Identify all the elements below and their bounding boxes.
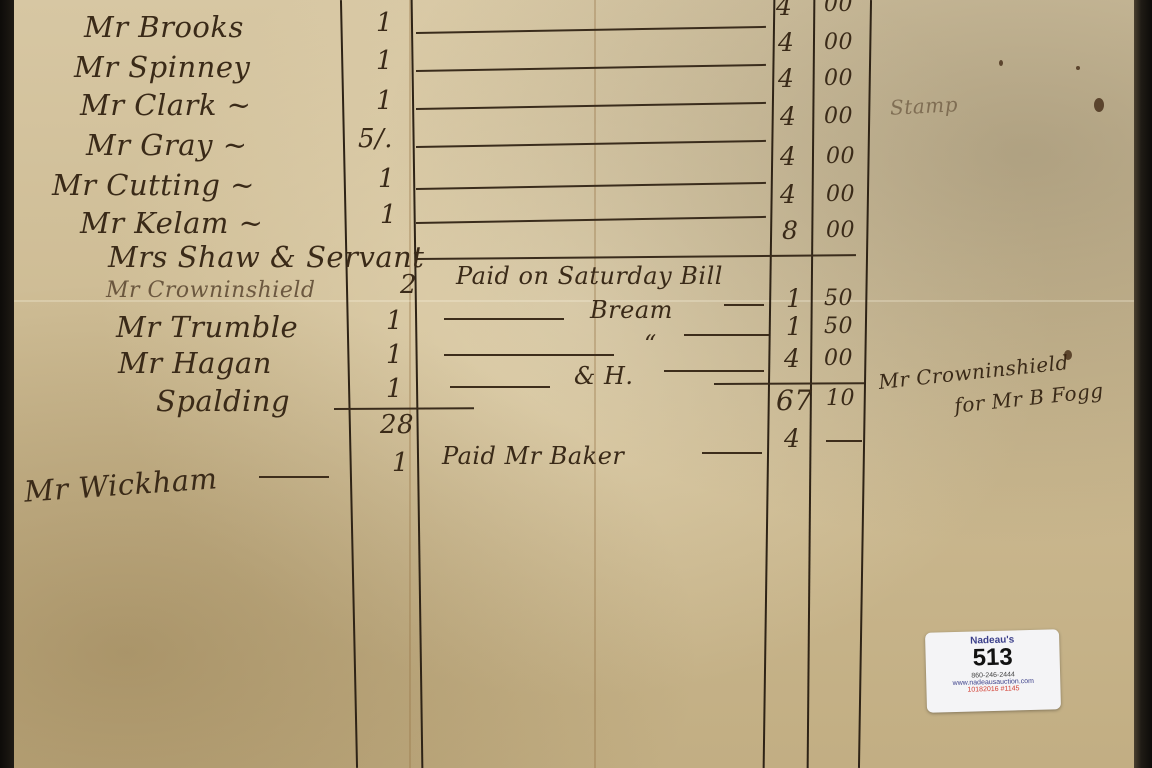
leader-dash xyxy=(724,304,764,306)
entry-name: Mr Kelam ~ xyxy=(80,206,263,240)
auction-lot-tag: Nadeau's 513 860-246-2444 www.nadeausauc… xyxy=(925,629,1061,712)
entry-dollars: 4 xyxy=(780,102,796,131)
entry-qty: 1 xyxy=(378,164,395,194)
leader-dash xyxy=(664,370,764,372)
entry-dollars: 4 xyxy=(784,344,800,373)
entry-name: Mr Cutting ~ xyxy=(52,168,255,202)
entry-name: Mrs Shaw & Servant xyxy=(108,240,424,274)
entry-cents-dash xyxy=(826,440,862,442)
entry-name: Mr Gray ~ xyxy=(86,128,248,162)
entry-cents: 00 xyxy=(824,104,853,129)
leader-dash xyxy=(684,334,769,336)
row-rule xyxy=(416,216,766,224)
entry-dollars: 4 xyxy=(780,180,796,209)
entry-qty: 5/. xyxy=(358,124,393,154)
entry-qty: 1 xyxy=(392,448,409,478)
ink-stain xyxy=(999,60,1003,66)
entry-note: Paid Mr Baker xyxy=(442,442,624,470)
entry-note: “ xyxy=(644,330,657,358)
column-rule-qty-right xyxy=(411,0,424,768)
entry-cents: 00 xyxy=(824,30,853,55)
entry-cents: 00 xyxy=(826,144,855,169)
entry-name: Mr Hagan xyxy=(118,346,272,380)
entry-cents: 00 xyxy=(824,346,853,371)
entry-cents: 00 xyxy=(826,218,855,243)
ink-stain xyxy=(1094,98,1104,112)
entry-name: Spalding xyxy=(156,384,290,418)
entry-dollars: 4 xyxy=(784,424,800,453)
entry-name: Mr Clark ~ xyxy=(80,88,251,122)
entry-qty: 1 xyxy=(386,340,403,370)
leader-dash xyxy=(444,354,614,356)
row-rule xyxy=(416,182,766,190)
entry-name: Mr Spinney xyxy=(74,50,250,84)
entry-qty: 1 xyxy=(386,374,403,404)
leader-dash xyxy=(702,452,762,454)
entry-dollars: 4 xyxy=(778,28,794,57)
entry-qty: 2 xyxy=(400,270,417,300)
entry-name: Mr Trumble xyxy=(116,310,298,344)
entry-cents: 50 xyxy=(824,314,853,339)
row-rule xyxy=(416,102,766,110)
entry-dollars: 8 xyxy=(782,216,798,245)
entry-qty: 1 xyxy=(386,306,403,336)
entry-dollars: 1 xyxy=(786,284,802,313)
leader-dash xyxy=(444,318,564,320)
leader-dash xyxy=(450,386,550,388)
entry-name: Mr Crowninshield xyxy=(106,278,315,303)
paper-fold-vertical xyxy=(409,0,411,768)
ledger-paper: Mr Brooks Mr Spinney Mr Clark ~ Mr Gray … xyxy=(14,0,1138,768)
leader-dash xyxy=(259,476,329,478)
margin-note-right-line2: for Mr B Fogg xyxy=(953,378,1104,418)
ink-stain xyxy=(1064,350,1072,360)
grand-total-cents: 10 xyxy=(826,386,855,411)
entry-cents: 00 xyxy=(824,0,853,17)
entry-name: Mr Wickham xyxy=(23,461,219,508)
entry-note: Bream xyxy=(590,296,673,324)
row-rule xyxy=(416,64,766,72)
row-rule xyxy=(416,140,766,148)
entry-note: & H. xyxy=(574,362,634,390)
entry-cents: 00 xyxy=(826,182,855,207)
entry-name: Mr Brooks xyxy=(84,10,244,44)
frame-right-edge xyxy=(1134,0,1152,768)
entry-note: Paid on Saturday Bill xyxy=(456,262,723,290)
lot-number: 513 xyxy=(925,644,1060,671)
column-rule-qty-left xyxy=(340,0,358,768)
entry-qty: 1 xyxy=(380,200,397,230)
entry-cents: 50 xyxy=(824,286,853,311)
entry-qty: 1 xyxy=(376,86,393,116)
entry-qty: 1 xyxy=(376,46,393,76)
ink-stain xyxy=(1076,66,1080,70)
entry-cents: 00 xyxy=(824,66,853,91)
grand-total-dollars: 67 xyxy=(776,384,813,417)
row-rule xyxy=(416,26,766,34)
row-rule xyxy=(416,254,856,260)
entry-dollars: 4 xyxy=(776,0,792,21)
qty-total: 28 xyxy=(380,410,414,440)
entry-dollars: 4 xyxy=(778,64,794,93)
entry-qty: 1 xyxy=(376,8,393,38)
entry-dollars: 4 xyxy=(780,142,796,171)
entry-dollars: 1 xyxy=(786,312,802,341)
margin-note-top: Stamp xyxy=(889,92,958,120)
